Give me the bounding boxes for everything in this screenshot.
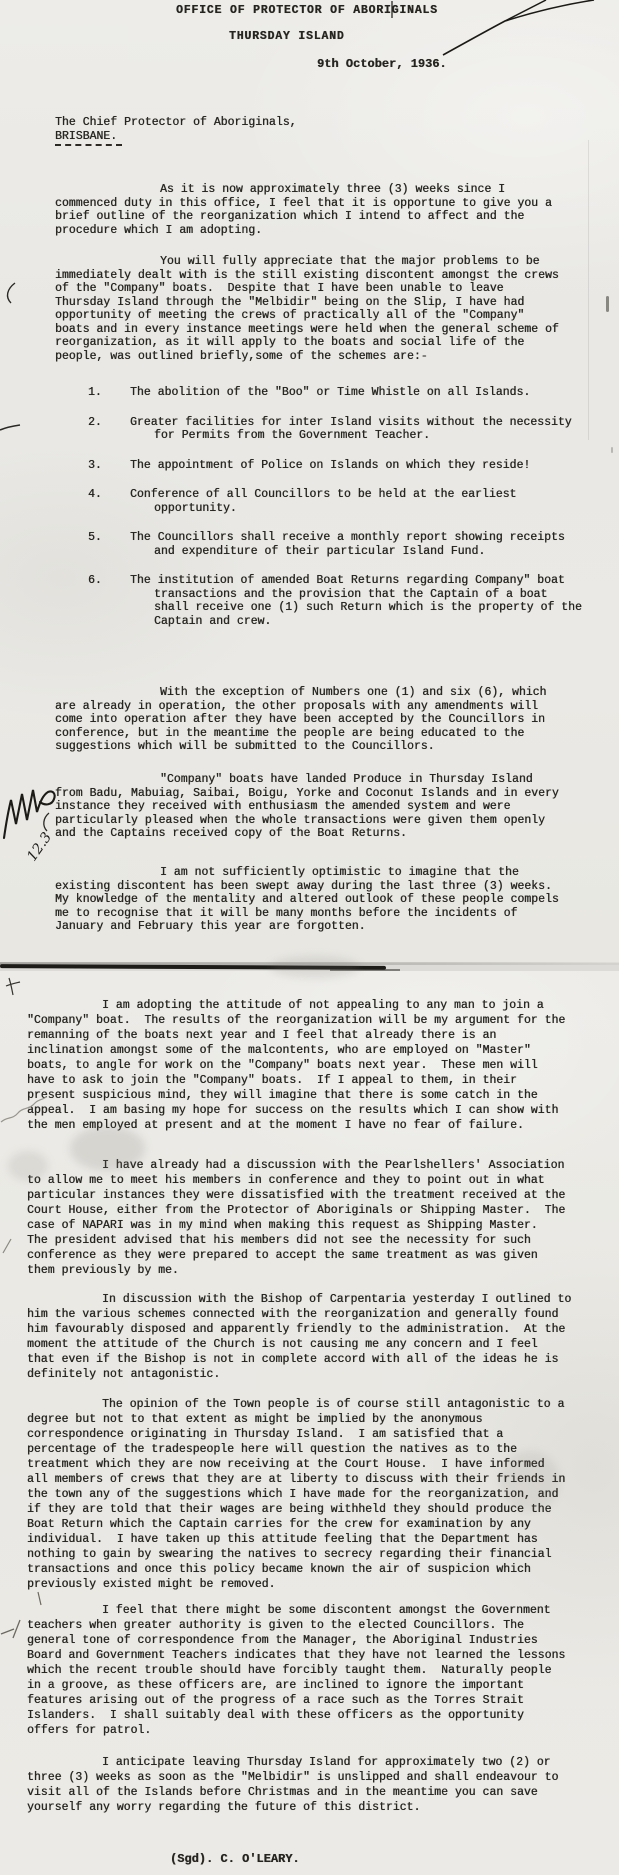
pen-slash-mark bbox=[3, 1239, 11, 1253]
scanned-letter: OFFICE OF PROTECTOR OF ABORIGINALS THURS… bbox=[0, 0, 619, 1875]
pen-tick-lower bbox=[38, 1592, 41, 1605]
pen-marks-lower bbox=[1, 1620, 20, 1638]
pen-annotations-layer: 12.3 bbox=[0, 0, 619, 1875]
pen-faint-scribble bbox=[1, 1097, 46, 1122]
pen-paren-mark bbox=[8, 283, 15, 303]
pen-note-digits: 12.3 bbox=[24, 830, 55, 865]
pen-small-mark bbox=[6, 978, 20, 995]
pen-dash-mark bbox=[0, 425, 20, 430]
pen-check-mark bbox=[443, 0, 594, 55]
pen-paren-mark-2 bbox=[44, 813, 49, 831]
